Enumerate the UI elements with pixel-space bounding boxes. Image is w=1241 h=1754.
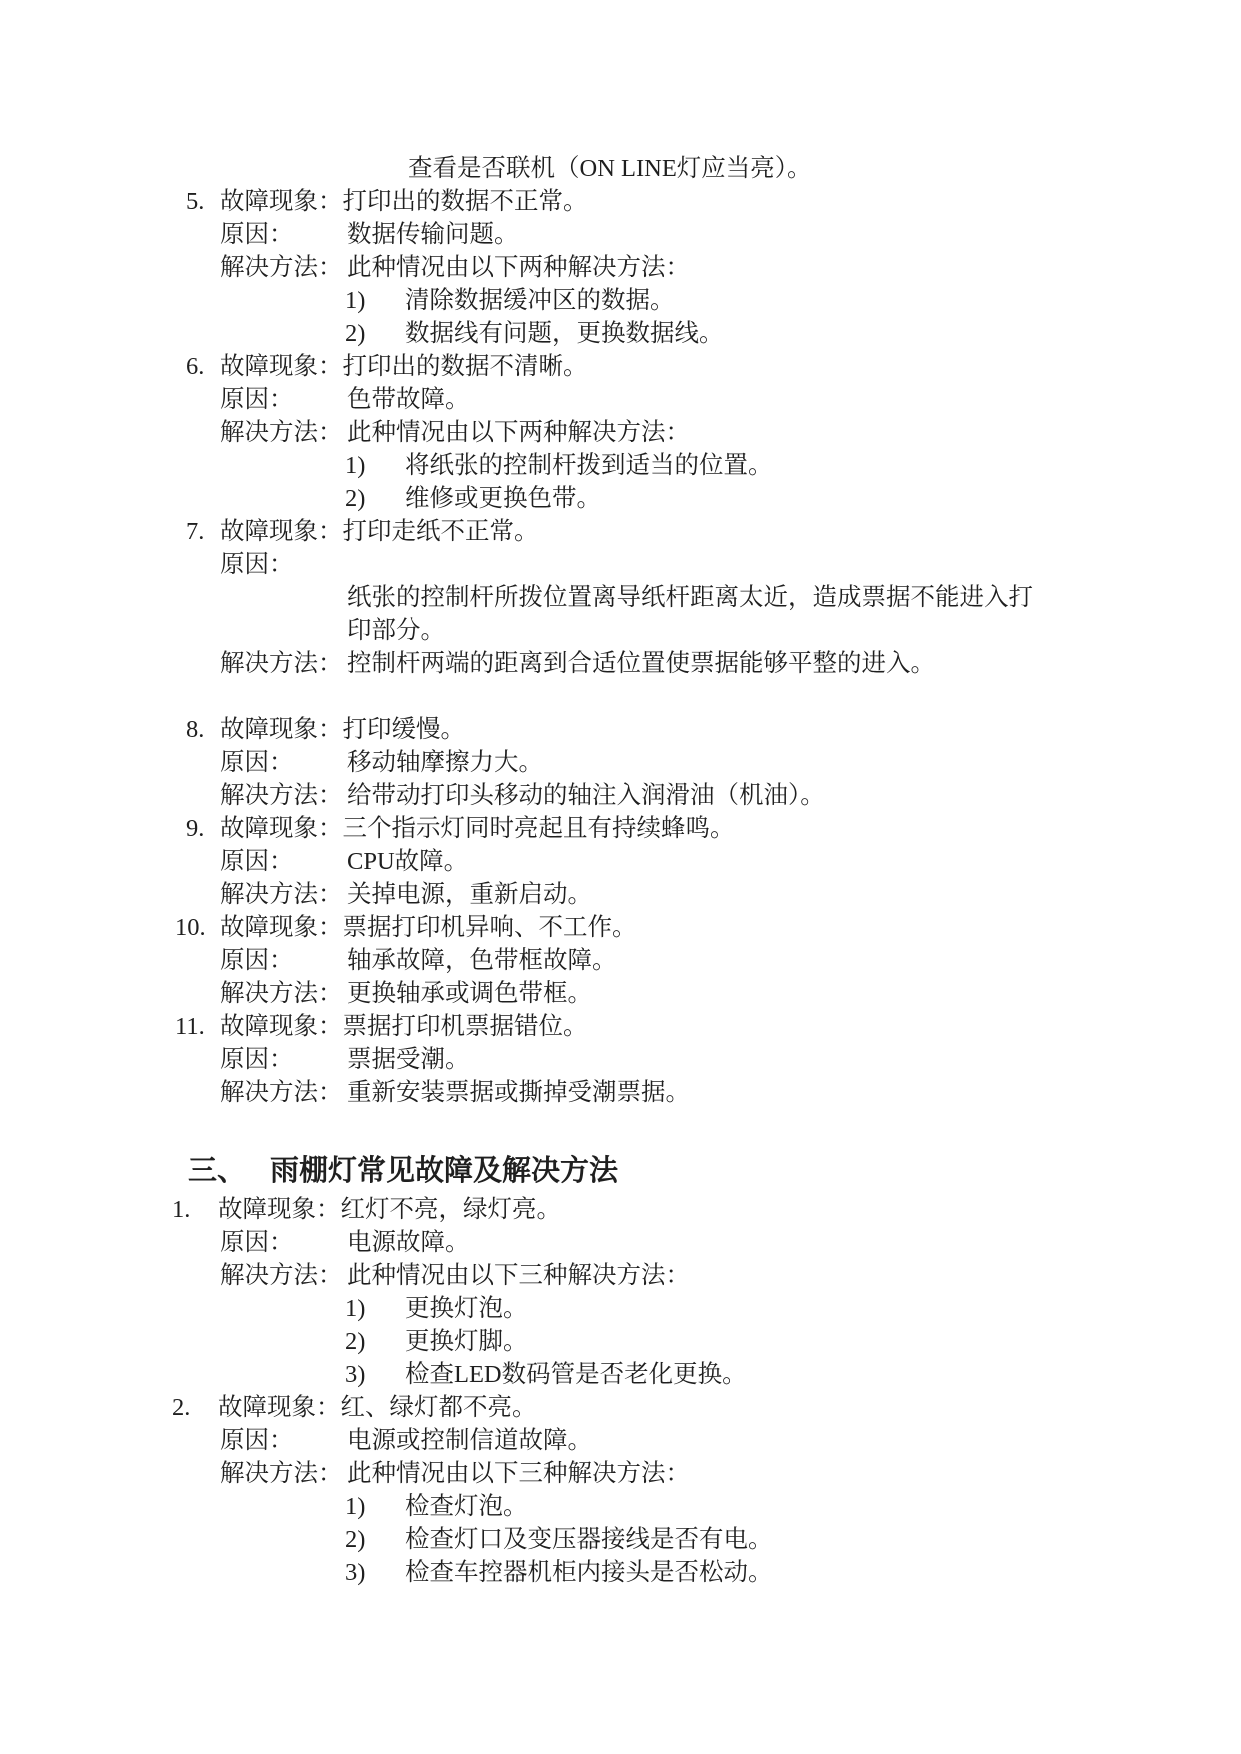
sub-number: 1) xyxy=(345,1490,405,1523)
attr-line: 原因：色带故障。 xyxy=(0,383,1241,416)
fault-item-line: 11.故障现象：票据打印机票据错位。 xyxy=(0,1010,1241,1043)
sub-text: 维修或更换色带。 xyxy=(405,482,601,515)
paragraph-line: 纸张的控制杆所拨位置离导纸杆距离太近，造成票据不能进入打 xyxy=(0,581,1241,614)
attr-text: 关掉电源，重新启动。 xyxy=(347,878,592,911)
item-label: 故障现象： xyxy=(218,1391,341,1424)
item-label: 故障现象： xyxy=(220,515,343,548)
attr-label: 原因： xyxy=(220,845,347,878)
sub-text: 更换灯脚。 xyxy=(405,1325,528,1358)
fault-item-line: 1.故障现象：红灯不亮，绿灯亮。 xyxy=(0,1193,1241,1226)
sub-number: 2) xyxy=(345,1325,405,1358)
attr-label: 解决方法： xyxy=(220,1259,347,1292)
section-number: 三、 xyxy=(188,1155,246,1187)
attr-line: 解决方法：控制杆两端的距离到合适位置使票据能够平整的进入。 xyxy=(0,647,1241,680)
sub-number: 2) xyxy=(345,1523,405,1556)
sub-item-line: 2)维修或更换色带。 xyxy=(0,482,1241,515)
attr-text: 票据受潮。 xyxy=(347,1043,470,1076)
item-text: 票据打印机异响、不工作。 xyxy=(343,911,637,944)
attr-label: 解决方法： xyxy=(220,647,347,680)
item-number: 5. xyxy=(186,185,220,218)
sub-number: 2) xyxy=(345,482,405,515)
attr-line: 解决方法：此种情况由以下三种解决方法： xyxy=(0,1259,1241,1292)
item-text: 三个指示灯同时亮起且有持续蜂鸣。 xyxy=(343,812,735,845)
fault-item-line: 9.故障现象：三个指示灯同时亮起且有持续蜂鸣。 xyxy=(0,812,1241,845)
attr-label: 原因： xyxy=(220,383,347,416)
sub-item-line: 1)检查灯泡。 xyxy=(0,1490,1241,1523)
item-label: 故障现象： xyxy=(218,1193,341,1226)
item-number: 8. xyxy=(186,713,220,746)
item-text: 票据打印机票据错位。 xyxy=(343,1010,588,1043)
intro-text: 查看是否联机（ON LINE灯应当亮）。 xyxy=(408,155,812,182)
attr-label: 解决方法： xyxy=(220,416,347,449)
sub-number: 1) xyxy=(345,284,405,317)
item-text: 打印出的数据不清晰。 xyxy=(343,350,588,383)
sub-item-line: 3)检查车控器机柜内接头是否松动。 xyxy=(0,1556,1241,1589)
attr-line: 解决方法：更换轴承或调色带框。 xyxy=(0,977,1241,1010)
paragraph-text: 印部分。 xyxy=(347,617,445,644)
attr-text: 控制杆两端的距离到合适位置使票据能够平整的进入。 xyxy=(347,647,935,680)
sub-text: 更换灯泡。 xyxy=(405,1292,528,1325)
attr-line: 解决方法：此种情况由以下两种解决方法： xyxy=(0,251,1241,284)
attr-line: 原因：轴承故障，色带框故障。 xyxy=(0,944,1241,977)
attr-text: 此种情况由以下三种解决方法： xyxy=(347,1457,690,1490)
sub-number: 2) xyxy=(345,317,405,350)
fault-item-line: 5.故障现象：打印出的数据不正常。 xyxy=(0,185,1241,218)
sub-text: 将纸张的控制杆拨到适当的位置。 xyxy=(405,449,773,482)
item-text: 打印缓慢。 xyxy=(343,713,466,746)
item-number: 11. xyxy=(175,1010,220,1043)
attr-text: 重新安装票据或撕掉受潮票据。 xyxy=(347,1076,690,1109)
sub-item-line: 2)检查灯口及变压器接线是否有电。 xyxy=(0,1523,1241,1556)
attr-text: 轴承故障，色带框故障。 xyxy=(347,944,617,977)
sub-text: 数据线有问题，更换数据线。 xyxy=(405,317,724,350)
attr-label: 原因： xyxy=(220,1043,347,1076)
attr-line: 原因： xyxy=(0,548,1241,581)
attr-line: 原因：电源或控制信道故障。 xyxy=(0,1424,1241,1457)
item-label: 故障现象： xyxy=(220,1010,343,1043)
item-number: 10. xyxy=(175,911,220,944)
paragraph-text: 纸张的控制杆所拨位置离导纸杆距离太近，造成票据不能进入打 xyxy=(347,584,1033,611)
item-number: 7. xyxy=(186,515,220,548)
attr-line: 原因：票据受潮。 xyxy=(0,1043,1241,1076)
section-heading: 三、雨棚灯常见故障及解决方法 xyxy=(0,1149,1241,1193)
attr-label: 原因： xyxy=(220,944,347,977)
sub-item-line: 3)检查LED数码管是否老化更换。 xyxy=(0,1358,1241,1391)
attr-label: 解决方法： xyxy=(220,1076,347,1109)
item-number: 1. xyxy=(172,1193,218,1226)
attr-label: 原因： xyxy=(220,548,347,581)
attr-text: 更换轴承或调色带框。 xyxy=(347,977,592,1010)
attr-text: 电源故障。 xyxy=(347,1226,470,1259)
attr-label: 原因： xyxy=(220,1226,347,1259)
item-number: 2. xyxy=(172,1391,218,1424)
sub-number: 1) xyxy=(345,1292,405,1325)
item-label: 故障现象： xyxy=(220,713,343,746)
item-text: 红、绿灯都不亮。 xyxy=(341,1391,537,1424)
sub-item-line: 1)清除数据缓冲区的数据。 xyxy=(0,284,1241,317)
attr-line: 解决方法：此种情况由以下两种解决方法： xyxy=(0,416,1241,449)
section-title: 雨棚灯常见故障及解决方法 xyxy=(270,1155,618,1187)
attr-text: 色带故障。 xyxy=(347,383,470,416)
attr-line: 原因：移动轴摩擦力大。 xyxy=(0,746,1241,779)
sub-number: 3) xyxy=(345,1358,405,1391)
attr-label: 解决方法： xyxy=(220,1457,347,1490)
attr-line: 原因：CPU故障。 xyxy=(0,845,1241,878)
sub-number: 3) xyxy=(345,1556,405,1589)
sub-text: 检查灯泡。 xyxy=(405,1490,528,1523)
item-label: 故障现象： xyxy=(220,350,343,383)
attr-text: 此种情况由以下两种解决方法： xyxy=(347,251,690,284)
item-label: 故障现象： xyxy=(220,185,343,218)
attr-label: 原因： xyxy=(220,1424,347,1457)
attr-text: 移动轴摩擦力大。 xyxy=(347,746,543,779)
attr-text: 此种情况由以下三种解决方法： xyxy=(347,1259,690,1292)
sub-text: 检查灯口及变压器接线是否有电。 xyxy=(405,1523,773,1556)
item-label: 故障现象： xyxy=(220,911,343,944)
sub-text: 检查车控器机柜内接头是否松动。 xyxy=(405,1556,773,1589)
sub-item-line: 2)数据线有问题，更换数据线。 xyxy=(0,317,1241,350)
attr-line: 解决方法：关掉电源，重新启动。 xyxy=(0,878,1241,911)
fault-item-line: 7.故障现象：打印走纸不正常。 xyxy=(0,515,1241,548)
attr-line: 原因：电源故障。 xyxy=(0,1226,1241,1259)
sub-number: 1) xyxy=(345,449,405,482)
intro-line: 查看是否联机（ON LINE灯应当亮）。 xyxy=(0,152,1241,185)
attr-label: 解决方法： xyxy=(220,977,347,1010)
attr-label: 解决方法： xyxy=(220,878,347,911)
sub-text: 清除数据缓冲区的数据。 xyxy=(405,284,675,317)
attr-text: 电源或控制信道故障。 xyxy=(347,1424,592,1457)
attr-label: 原因： xyxy=(220,746,347,779)
attr-text: 给带动打印头移动的轴注入润滑油（机油）。 xyxy=(347,779,825,812)
attr-text: CPU故障。 xyxy=(347,845,468,878)
blank-line xyxy=(0,680,1241,713)
item-text: 打印出的数据不正常。 xyxy=(343,185,588,218)
sub-item-line: 1)将纸张的控制杆拨到适当的位置。 xyxy=(0,449,1241,482)
attr-line: 原因：数据传输问题。 xyxy=(0,218,1241,251)
attr-line: 解决方法：重新安装票据或撕掉受潮票据。 xyxy=(0,1076,1241,1109)
sub-item-line: 1)更换灯泡。 xyxy=(0,1292,1241,1325)
attr-label: 解决方法： xyxy=(220,779,347,812)
paragraph-line: 印部分。 xyxy=(0,614,1241,647)
attr-label: 解决方法： xyxy=(220,251,347,284)
item-number: 9. xyxy=(186,812,220,845)
attr-line: 解决方法：给带动打印头移动的轴注入润滑油（机油）。 xyxy=(0,779,1241,812)
fault-item-line: 8.故障现象：打印缓慢。 xyxy=(0,713,1241,746)
fault-item-line: 10.故障现象：票据打印机异响、不工作。 xyxy=(0,911,1241,944)
attr-line: 解决方法：此种情况由以下三种解决方法： xyxy=(0,1457,1241,1490)
attr-label: 原因： xyxy=(220,218,347,251)
attr-text: 数据传输问题。 xyxy=(347,218,519,251)
sub-item-line: 2)更换灯脚。 xyxy=(0,1325,1241,1358)
item-text: 打印走纸不正常。 xyxy=(343,515,539,548)
item-label: 故障现象： xyxy=(220,812,343,845)
item-text: 红灯不亮，绿灯亮。 xyxy=(341,1193,562,1226)
document-body: 查看是否联机（ON LINE灯应当亮）。5.故障现象：打印出的数据不正常。原因：… xyxy=(0,152,1241,1589)
attr-text: 此种情况由以下两种解决方法： xyxy=(347,416,690,449)
item-number: 6. xyxy=(186,350,220,383)
fault-item-line: 2.故障现象：红、绿灯都不亮。 xyxy=(0,1391,1241,1424)
document-page: 查看是否联机（ON LINE灯应当亮）。5.故障现象：打印出的数据不正常。原因：… xyxy=(0,0,1241,1754)
fault-item-line: 6.故障现象：打印出的数据不清晰。 xyxy=(0,350,1241,383)
sub-text: 检查LED数码管是否老化更换。 xyxy=(405,1358,747,1391)
